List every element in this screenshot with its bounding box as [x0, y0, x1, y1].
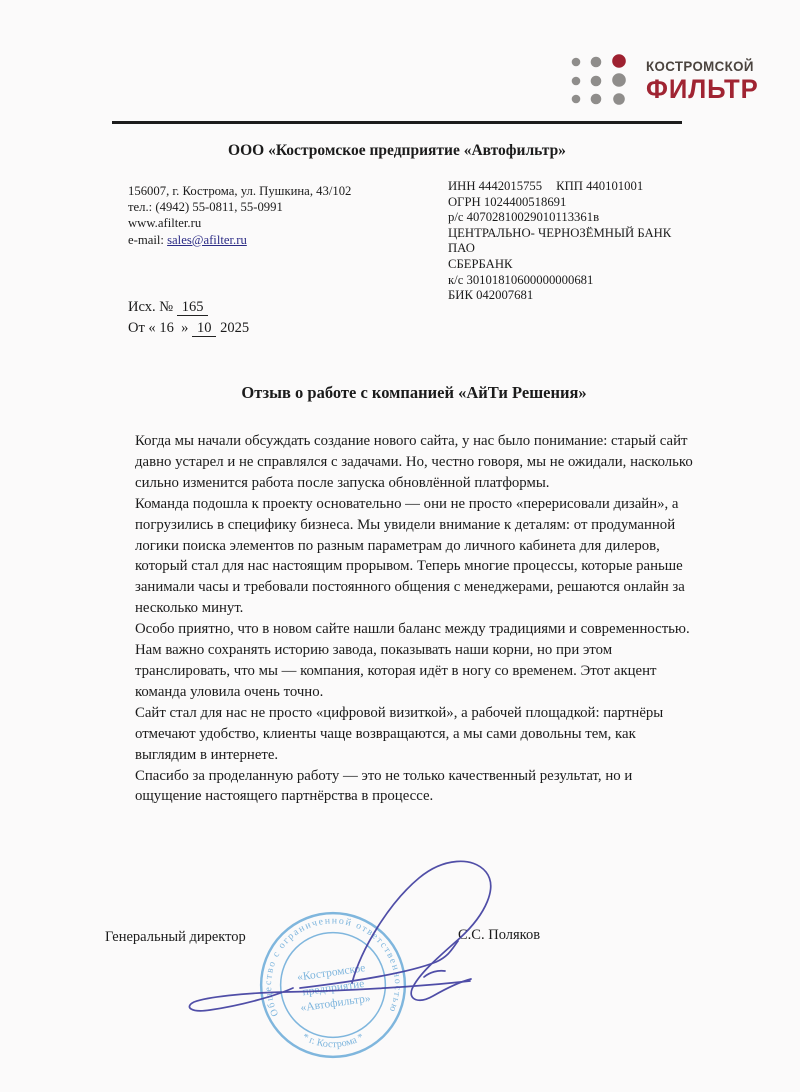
- paragraph-2: Команда подошла к проекту основательно —…: [135, 494, 695, 619]
- requisite-bank-line2: СБЕРБАНК: [448, 257, 688, 273]
- requisite-account: р/с 40702810029010113361в: [448, 210, 688, 226]
- contact-email-line: e-mail: sales@afilter.ru: [128, 232, 351, 248]
- date-close-quote: »: [181, 320, 188, 336]
- company-name-heading: ООО «Костромское предприятие «Автофильтр…: [112, 142, 682, 160]
- contact-website: www.afilter.ru: [128, 215, 351, 231]
- letter-body: Когда мы начали обсуждать создание новог…: [135, 431, 695, 807]
- email-link[interactable]: sales@afilter.ru: [167, 233, 247, 247]
- header-divider-line: [112, 121, 682, 124]
- requisites-block: ИНН 4442015755КПП 440101001 ОГРН 1024400…: [448, 179, 688, 304]
- email-label: e-mail:: [128, 233, 167, 247]
- requisite-inn: ИНН 4442015755: [448, 179, 542, 193]
- paragraph-1: Когда мы начали обсуждать создание новог…: [135, 431, 695, 494]
- contact-block: 156007, г. Кострома, ул. Пушкина, 43/102…: [128, 183, 351, 248]
- paragraph-4: Сайт стал для нас не просто «цифровой ви…: [135, 703, 695, 766]
- logo-text-top: КОСТРОМСКОЙ: [646, 59, 759, 73]
- requisite-bik: БИК 042007681: [448, 288, 688, 304]
- requisite-corr-account: к/с 30101810600000000681: [448, 273, 688, 289]
- signer-position-label: Генеральный директор: [105, 929, 246, 946]
- company-logo: КОСТРОМСКОЙ ФИЛЬТР: [566, 52, 765, 110]
- company-stamp-icon: Общество с ограниченной ответственностью…: [256, 908, 410, 1062]
- svg-text:* г. Кострома *: * г. Кострома *: [300, 1032, 365, 1051]
- date-month: 10: [192, 320, 217, 337]
- logo-text-bottom: ФИЛЬТР: [646, 76, 759, 103]
- outgoing-number-line: Исх. № 165: [128, 297, 249, 318]
- requisite-ogrn: ОГРН 1024400518691: [448, 195, 688, 211]
- outgoing-ref-block: Исх. № 165 От « 16 » 10 2025: [128, 297, 249, 339]
- logo-wordmark: КОСТРОМСКОЙ ФИЛЬТР: [646, 59, 759, 103]
- outgoing-ref-label: Исх. №: [128, 299, 173, 315]
- logo-dots-icon: [566, 52, 636, 110]
- date-day: 16: [159, 320, 174, 336]
- date-from-label: От «: [128, 320, 156, 336]
- stamp-bottom-text: * г. Кострома *: [300, 1032, 365, 1051]
- contact-phone: тел.: (4942) 55-0811, 55-0991: [128, 199, 351, 215]
- requisite-bank-line1: ЦЕНТРАЛЬНО- ЧЕРНОЗЁМНЫЙ БАНК ПАО: [448, 226, 688, 257]
- requisite-inn-kpp: ИНН 4442015755КПП 440101001: [448, 179, 688, 195]
- scanned-letter-page: КОСТРОМСКОЙ ФИЛЬТР ООО «Костромское пред…: [0, 0, 800, 1092]
- paragraph-5: Спасибо за проделанную работу — это не т…: [135, 766, 695, 808]
- date-year: 2025: [220, 320, 249, 336]
- document-title: Отзыв о работе с компанией «АйТи Решения…: [135, 383, 693, 403]
- contact-address: 156007, г. Кострома, ул. Пушкина, 43/102: [128, 183, 351, 199]
- outgoing-ref-number: 165: [177, 299, 209, 316]
- outgoing-date-line: От « 16 » 10 2025: [128, 318, 249, 339]
- requisite-kpp: КПП 440101001: [556, 179, 643, 193]
- paragraph-3: Особо приятно, что в новом сайте нашли б…: [135, 619, 695, 703]
- signer-name: С.С. Поляков: [458, 927, 540, 944]
